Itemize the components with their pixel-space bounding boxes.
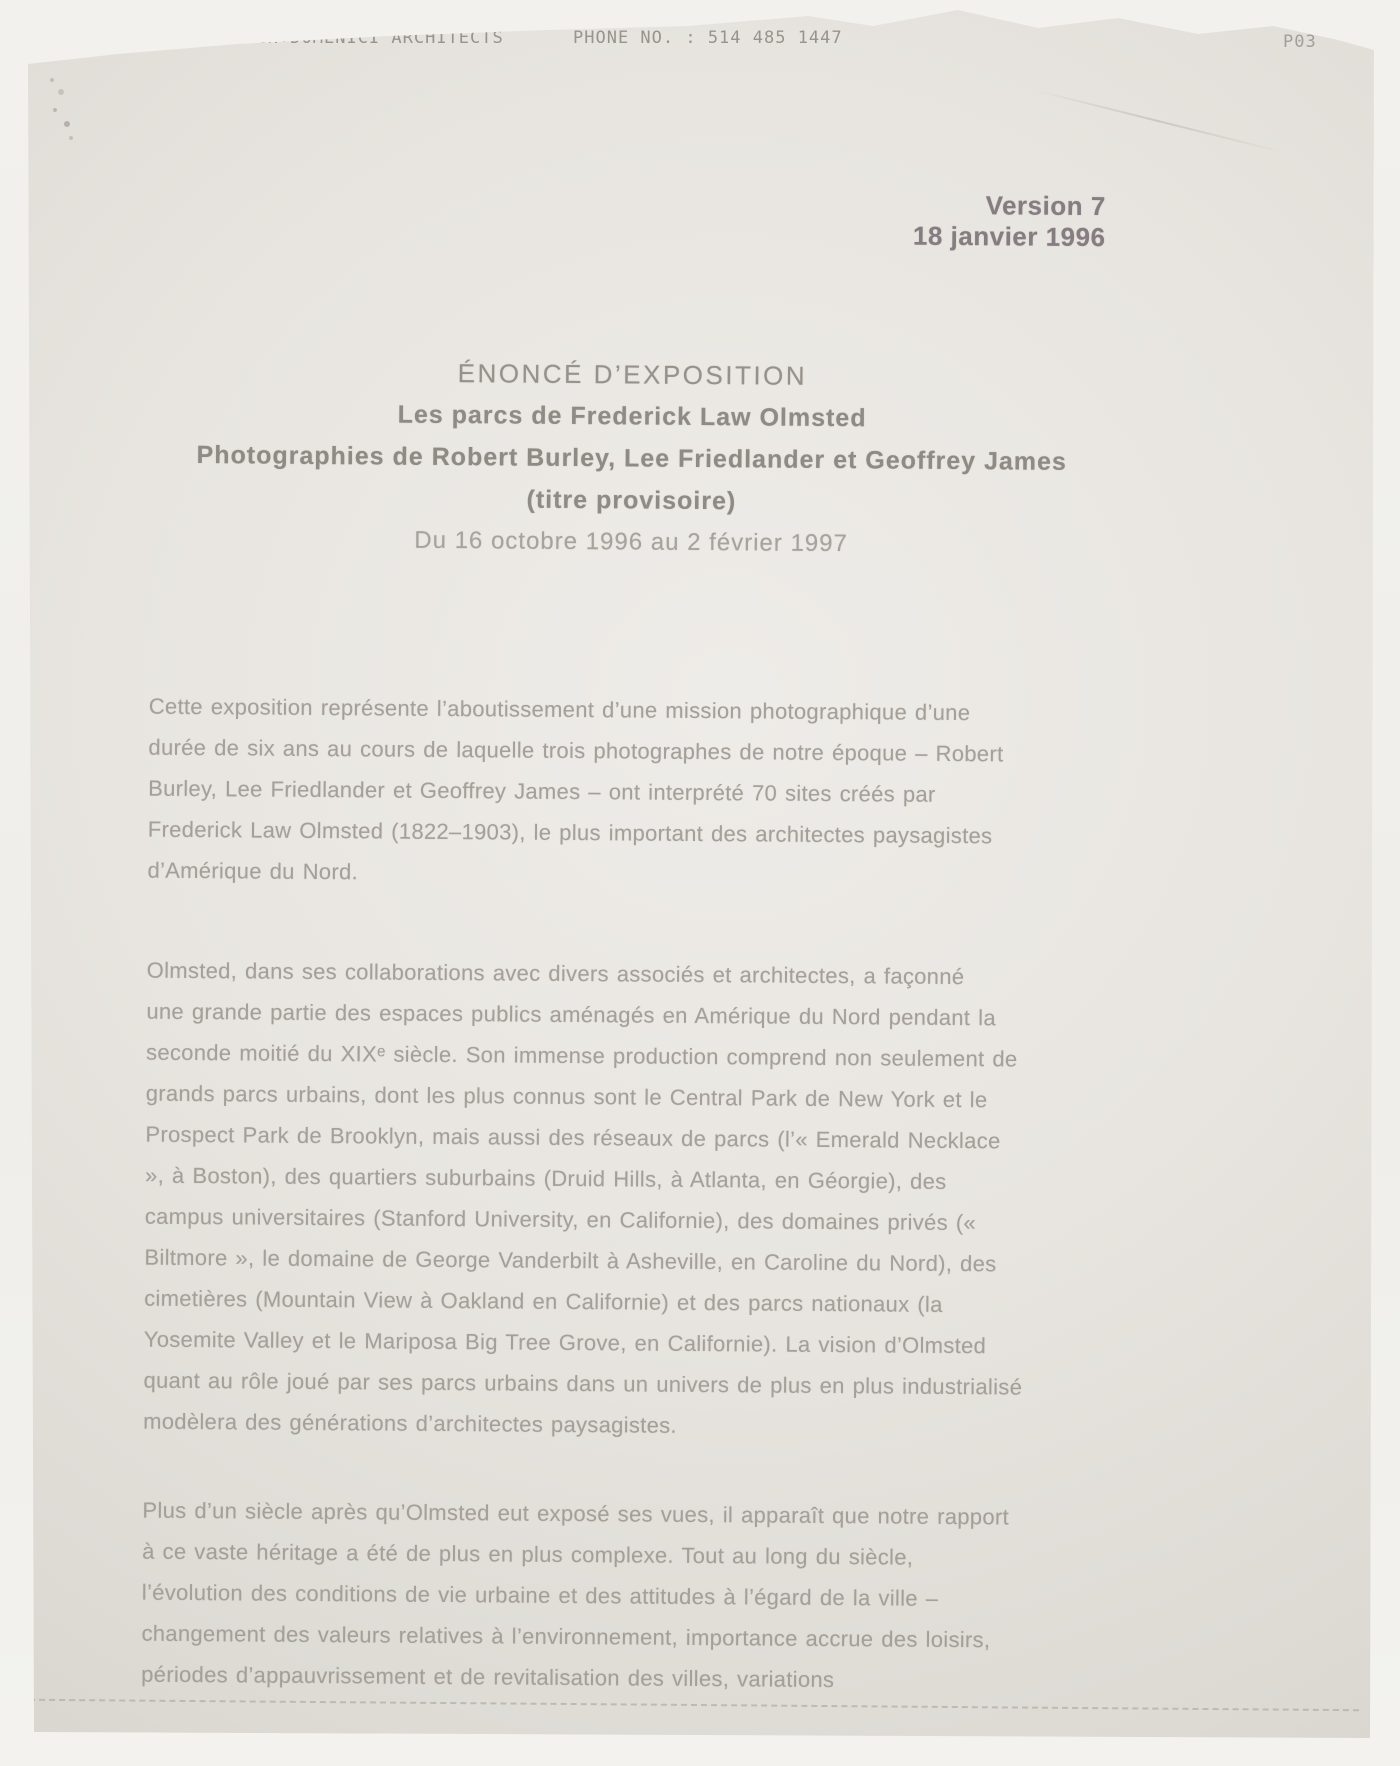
body-paragraph-3: Plus d’un siècle après qu’Olmsted eut ex… — [141, 1490, 1133, 1703]
version-stamp-date: 18 janvier 1996 — [883, 220, 1105, 253]
paper-sheet: FROM : ULRICH+DOMENICI ARCHITECTS PHONE … — [28, 0, 1374, 1740]
document-content: Version 7 18 janvier 1996 ÉNONCÉ D’EXPOS… — [17, 0, 1377, 1747]
exhibition-title-line2: Photographies de Robert Burley, Lee Frie… — [127, 433, 1137, 483]
body-paragraph-1: Cette exposition représente l’aboutissem… — [147, 686, 1139, 899]
title-block: ÉNONCÉ D’EXPOSITION Les parcs de Frederi… — [126, 349, 1138, 567]
version-stamp-version: Version 7 — [884, 189, 1106, 222]
page-cut-line — [19, 1699, 1359, 1712]
version-stamp: Version 7 18 janvier 1996 — [883, 189, 1105, 253]
body-paragraph-2: Olmsted, dans ses collaborations avec di… — [143, 950, 1137, 1450]
scanned-fax-page: FROM : ULRICH+DOMENICI ARCHITECTS PHONE … — [0, 0, 1400, 1766]
exhibition-dates: Du 16 octobre 1996 au 2 février 1997 — [126, 517, 1136, 567]
